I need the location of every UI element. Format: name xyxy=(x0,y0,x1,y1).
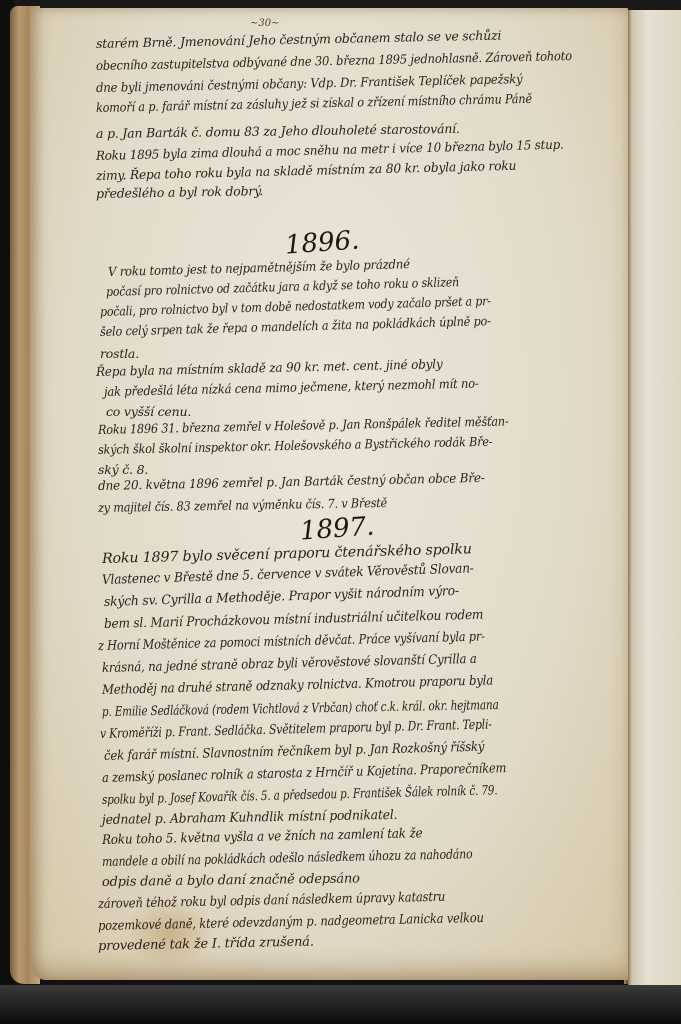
scan-background-bottom xyxy=(0,985,681,1024)
text-line: odpis daně a bylo daní značně odepsáno xyxy=(102,872,360,889)
facing-page xyxy=(628,10,681,985)
year-heading-1897: 1897. xyxy=(299,511,375,546)
year-heading-1896: 1896. xyxy=(284,225,360,260)
text-line: ský č. 8. xyxy=(98,464,148,477)
folio-number: ~30~ xyxy=(250,18,280,29)
text-line: rostla. xyxy=(100,348,139,361)
text-line: co vyšší cenu. xyxy=(106,406,191,419)
folio-number-text: 30 xyxy=(258,18,271,29)
text-line: předešlého a byl rok dobrý. xyxy=(96,185,263,200)
